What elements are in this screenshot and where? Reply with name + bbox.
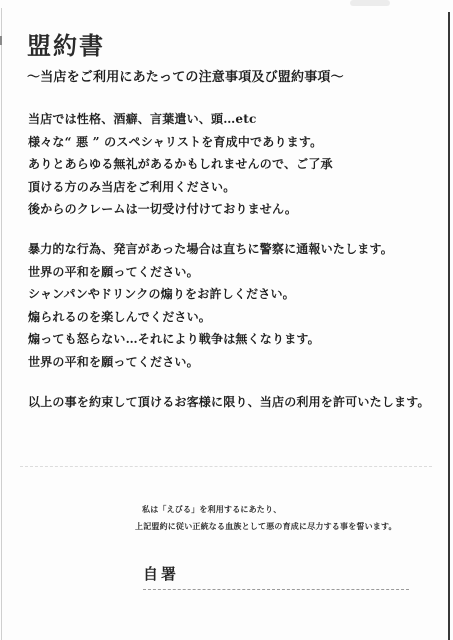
rule-line: シャンパンやドリンクの煽りをお許しください。 (28, 283, 393, 306)
rule-line: 世界の平和を願ってください。 (28, 261, 393, 284)
rules-paragraph: 暴力的な行為、発言があった場合は直ちに警察に通報いたします。 世界の平和を願って… (28, 238, 393, 373)
intro-line: 様々な“ 悪 ” のスペシャリストを育成中であります。 (28, 131, 333, 154)
intro-line: ありとあらゆる無礼があるかもしれませんので、ご了承 (28, 153, 333, 176)
scan-smudge-topright (350, 0, 390, 6)
rule-line: 世界の平和を願ってください。 (28, 351, 393, 374)
closing-paragraph: 以上の事を約束して頂けるお客様に限り、当店の利用を許可いたします。 (28, 391, 430, 414)
intro-line: 後からのクレームは一切受け付けておりません。 (28, 198, 333, 221)
scanned-pledge-document: 盟約書 ～当店をご利用にあたっての注意事項及び盟約事項～ 当店では性格、酒癖、言… (0, 0, 453, 640)
document-title: 盟約書 (27, 26, 105, 61)
rule-line: 煽っても怒らない…それにより戦争は無くなります。 (28, 328, 393, 351)
scan-edge-left (1, 8, 2, 640)
document-subtitle: ～当店をご利用にあたっての注意事項及び盟約事項～ (27, 66, 344, 85)
intro-paragraph: 当店では性格、酒癖、言葉遣い、頭…etc 様々な“ 悪 ” のスペシャリストを育… (28, 108, 333, 221)
intro-line: 頂ける方のみ当店をご利用ください。 (28, 176, 333, 199)
rule-line: 煽られるのを楽しんでください。 (28, 306, 393, 329)
scan-edge-right (448, 12, 450, 640)
closing-line: 以上の事を約束して頂けるお客様に限り、当店の利用を許可いたします。 (28, 391, 430, 414)
scan-fold-line (20, 466, 432, 467)
oath-line: 私は「えびる」を利用するにあたり、 (135, 501, 397, 518)
signature-label: 自署 (143, 563, 179, 584)
signature-line (143, 589, 409, 590)
intro-line: 当店では性格、酒癖、言葉遣い、頭…etc (28, 108, 333, 131)
oath-line: 上記盟約に従い正統なる血族として悪の育成に尽力する事を誓います。 (135, 518, 397, 535)
rule-line: 暴力的な行為、発言があった場合は直ちに警察に通報いたします。 (28, 238, 393, 261)
oath-paragraph: 私は「えびる」を利用するにあたり、 上記盟約に従い正統なる血族として悪の育成に尽… (135, 501, 397, 535)
scan-edge-left-tick (0, 36, 2, 45)
